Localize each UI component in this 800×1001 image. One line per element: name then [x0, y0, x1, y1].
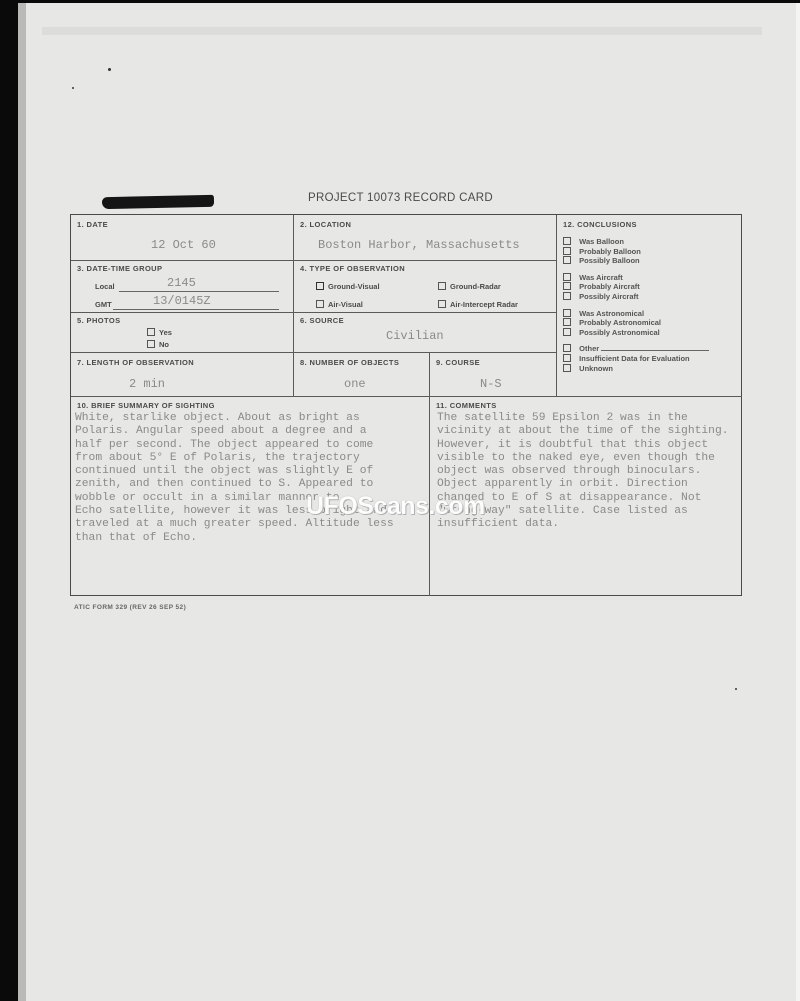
source-cell: 6. SOURCE Civilian: [294, 313, 557, 353]
conclusions-list: Was Balloon Probably Balloon Possibly Ba…: [563, 237, 709, 373]
other-underline: [601, 350, 709, 351]
checkbox-icon[interactable]: [438, 300, 446, 308]
source-value: Civilian: [386, 329, 444, 343]
type-of-observation-label: 4. TYPE OF OBSERVATION: [300, 264, 405, 273]
location-cell: 2. LOCATION Boston Harbor, Massachusetts: [294, 215, 557, 261]
conclusion-possibly-aircraft[interactable]: Possibly Aircraft: [563, 292, 709, 302]
gmt-underline: [113, 309, 279, 310]
date-label: 1. DATE: [77, 220, 108, 229]
conclusion-was-astronomical[interactable]: Was Astronomical: [563, 309, 709, 319]
ground-visual-option[interactable]: Ground-Visual: [316, 282, 380, 291]
photos-no-option[interactable]: No: [147, 340, 169, 349]
checkbox-icon[interactable]: [563, 247, 571, 255]
air-intercept-radar-option[interactable]: Air-Intercept Radar: [438, 300, 518, 309]
date-time-group-label: 3. DATE-TIME GROUP: [77, 264, 162, 273]
checkbox-icon[interactable]: [563, 309, 571, 317]
dust-speck: [72, 87, 74, 89]
checkbox-icon[interactable]: [563, 273, 571, 281]
checkbox-icon[interactable]: [563, 354, 571, 362]
number-of-objects-cell: 8. NUMBER OF OBJECTS one: [294, 353, 430, 397]
dust-speck: [108, 68, 111, 71]
redaction-mark: [102, 195, 214, 209]
length-of-observation-cell: 7. LENGTH OF OBSERVATION 2 min: [71, 353, 294, 397]
conclusions-label: 12. CONCLUSIONS: [563, 220, 637, 229]
photos-cell: 5. PHOTOS Yes No: [71, 313, 294, 353]
checkbox-icon[interactable]: [316, 300, 324, 308]
photos-label: 5. PHOTOS: [77, 316, 120, 325]
location-value: Boston Harbor, Massachusetts: [318, 238, 520, 252]
date-value: 12 Oct 60: [151, 238, 216, 252]
local-value: 2145: [167, 276, 196, 290]
course-value: N-S: [480, 377, 502, 391]
dust-speck: [735, 688, 737, 690]
card-title: PROJECT 10073 RECORD CARD: [308, 192, 493, 204]
conclusion-unknown[interactable]: Unknown: [563, 364, 709, 374]
checkbox-icon[interactable]: [563, 364, 571, 372]
checkbox-icon[interactable]: [563, 237, 571, 245]
course-label: 9. COURSE: [436, 358, 480, 367]
comments-label: 11. COMMENTS: [436, 401, 497, 410]
checkbox-icon[interactable]: [438, 282, 446, 290]
gmt-label: GMT: [95, 300, 112, 309]
conclusion-was-aircraft[interactable]: Was Aircraft: [563, 273, 709, 283]
conclusion-insufficient-data[interactable]: Insufficient Data for Evaluation: [563, 354, 709, 364]
checkbox-icon[interactable]: [563, 256, 571, 264]
air-visual-option[interactable]: Air-Visual: [316, 300, 363, 309]
watermark: UFOScans.com: [306, 492, 485, 521]
checkbox-icon[interactable]: [563, 328, 571, 336]
brief-summary-text: White, starlike object. About as bright …: [75, 412, 394, 545]
scan-top-shadow: [42, 27, 762, 35]
conclusion-probably-balloon[interactable]: Probably Balloon: [563, 247, 709, 257]
local-label: Local: [95, 282, 115, 291]
conclusion-probably-aircraft[interactable]: Probably Aircraft: [563, 282, 709, 292]
checkbox-icon[interactable]: [563, 292, 571, 300]
conclusion-possibly-astronomical[interactable]: Possibly Astronomical: [563, 328, 709, 338]
length-of-observation-value: 2 min: [129, 377, 165, 391]
source-label: 6. SOURCE: [300, 316, 344, 325]
date-time-group-cell: 3. DATE-TIME GROUP Local 2145 GMT 13/014…: [71, 261, 294, 313]
conclusion-possibly-balloon[interactable]: Possibly Balloon: [563, 256, 709, 266]
conclusion-was-balloon[interactable]: Was Balloon: [563, 237, 709, 247]
scan-right-edge: [796, 3, 800, 1001]
length-of-observation-label: 7. LENGTH OF OBSERVATION: [77, 358, 194, 367]
type-of-observation-cell: 4. TYPE OF OBSERVATION Ground-Visual Gro…: [294, 261, 557, 313]
conclusion-other[interactable]: Other: [563, 344, 709, 354]
date-cell: 1. DATE 12 Oct 60: [71, 215, 294, 261]
ground-radar-option[interactable]: Ground-Radar: [438, 282, 501, 291]
conclusions-cell: 12. CONCLUSIONS Was Balloon Probably Bal…: [557, 215, 742, 397]
checkbox-icon[interactable]: [563, 282, 571, 290]
scan-edge-shadow: [18, 3, 26, 1001]
checkbox-icon[interactable]: [147, 340, 155, 348]
brief-summary-label: 10. BRIEF SUMMARY OF SIGHTING: [77, 401, 215, 410]
number-of-objects-label: 8. NUMBER OF OBJECTS: [300, 358, 399, 367]
record-card: 1. DATE 12 Oct 60 2. LOCATION Boston Har…: [70, 214, 742, 596]
conclusion-probably-astronomical[interactable]: Probably Astronomical: [563, 318, 709, 328]
number-of-objects-value: one: [344, 377, 366, 391]
checkbox-icon[interactable]: [147, 328, 155, 336]
checkbox-checked-icon[interactable]: [316, 282, 324, 290]
photos-yes-option[interactable]: Yes: [147, 328, 172, 337]
local-underline: [119, 291, 279, 292]
checkbox-icon[interactable]: [563, 344, 571, 352]
checkbox-icon[interactable]: [563, 318, 571, 326]
location-label: 2. LOCATION: [300, 220, 351, 229]
form-id: ATIC FORM 329 (REV 26 SEP 52): [74, 604, 186, 611]
gmt-value: 13/0145Z: [153, 294, 211, 308]
course-cell: 9. COURSE N-S: [430, 353, 557, 397]
